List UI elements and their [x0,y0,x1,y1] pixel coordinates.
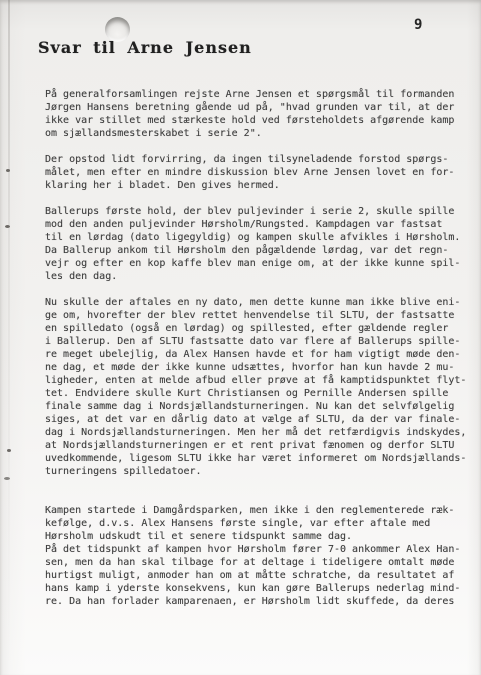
document-body: På generalforsamlingen rejste Arne Jense… [45,88,465,621]
text-line: turneringens spilledatoer. [45,465,465,478]
text-line: Nu skulle der aftales en ny dato, men de… [45,296,465,309]
text-line: Hørsholm udskudt til et senere tidspunkt… [45,530,465,543]
text-line: På det tidspunkt af kampen hvor Hørsholm… [45,543,465,556]
text-line: i Ballerup. Den af SLTU fastsatte dato v… [45,335,465,348]
scan-speck [4,477,10,480]
text-line: Ballerups første hold, der blev puljevin… [45,205,465,218]
text-line: Da Ballerup ankom til Hørsholm den pågæl… [45,244,465,257]
text-line: les den dag. [45,270,465,283]
text-line: siges, at det var en dårlig dato at vælg… [45,413,465,426]
paragraph: Der opstod lidt forvirring, da ingen til… [45,153,465,192]
text-line: tet. Endvidere skulle Kurt Christiansen … [45,387,465,400]
text-line: målet, men efter en mindre diskussion bl… [45,166,465,179]
text-line: Jørgen Hansens beretning gående ud på, "… [45,101,465,114]
text-line: re meget ubelejlig, da Alex Hansen havde… [45,348,465,361]
paragraph: Nu skulle der aftales en ny dato, men de… [45,296,465,478]
text-line: kefølge, d.v.s. Alex Hansens første sing… [45,517,465,530]
text-line: ne dag, et møde der ikke kunne udsættes,… [45,361,465,374]
text-line: hans kamp i yderste konsekvens, kun kan … [45,582,465,595]
text-line: vejr og efter en kop kaffe blev man enig… [45,257,465,270]
text-line: re. Da han forlader kamparenaen, er Hørs… [45,595,465,608]
text-line: ikke var stillet med stærkeste hold ved … [45,114,465,127]
scan-edge-artifact [8,0,10,675]
text-line: en spilledato (også en lørdag) og spille… [45,322,465,335]
text-line: klaring her i bladet. Den gives hermed. [45,179,465,192]
paragraph: På generalforsamlingen rejste Arne Jense… [45,88,465,140]
text-line: finale samme dag i Nordsjællandsturnerin… [45,400,465,413]
text-line: ligheder, enten at melde afbud eller prø… [45,374,465,387]
text-line: Der opstod lidt forvirring, da ingen til… [45,153,465,166]
text-line: mod den anden puljevinder Hørsholm/Rungs… [45,218,465,231]
text-line: På generalforsamlingen rejste Arne Jense… [45,88,465,101]
text-line: uvedkommende, ligesom SLTU ikke har være… [45,452,465,465]
text-line: at Nordsjællandsturneringen er et rent p… [45,439,465,452]
scanned-page: 9 Svar til Arne Jensen På generalforsaml… [0,0,481,675]
text-line: hurtigst muligt, anmoder han om at måtte… [45,569,465,582]
paragraph: Kampen startede i Damgårdsparken, men ik… [45,504,465,608]
text-line: om sjællandsmesterskabet i serie 2". [45,127,465,140]
paragraph: Ballerups første hold, der blev puljevin… [45,205,465,283]
scan-speck [5,225,10,228]
text-line: Kampen startede i Damgårdsparken, men ik… [45,504,465,517]
page-number: 9 [414,17,423,33]
scan-speck [6,169,10,172]
text-line: dag i Nordsjællandsturneringen. Men her … [45,426,465,439]
document-title: Svar til Arne Jensen [38,38,252,57]
scan-speck [7,449,11,452]
text-line: ge om, hvorefter der blev rettet henvend… [45,309,465,322]
text-line: til en lørdag (dato ligegyldig) og kampe… [45,231,465,244]
text-line: sen, men da han skal tilbage for at delt… [45,556,465,569]
